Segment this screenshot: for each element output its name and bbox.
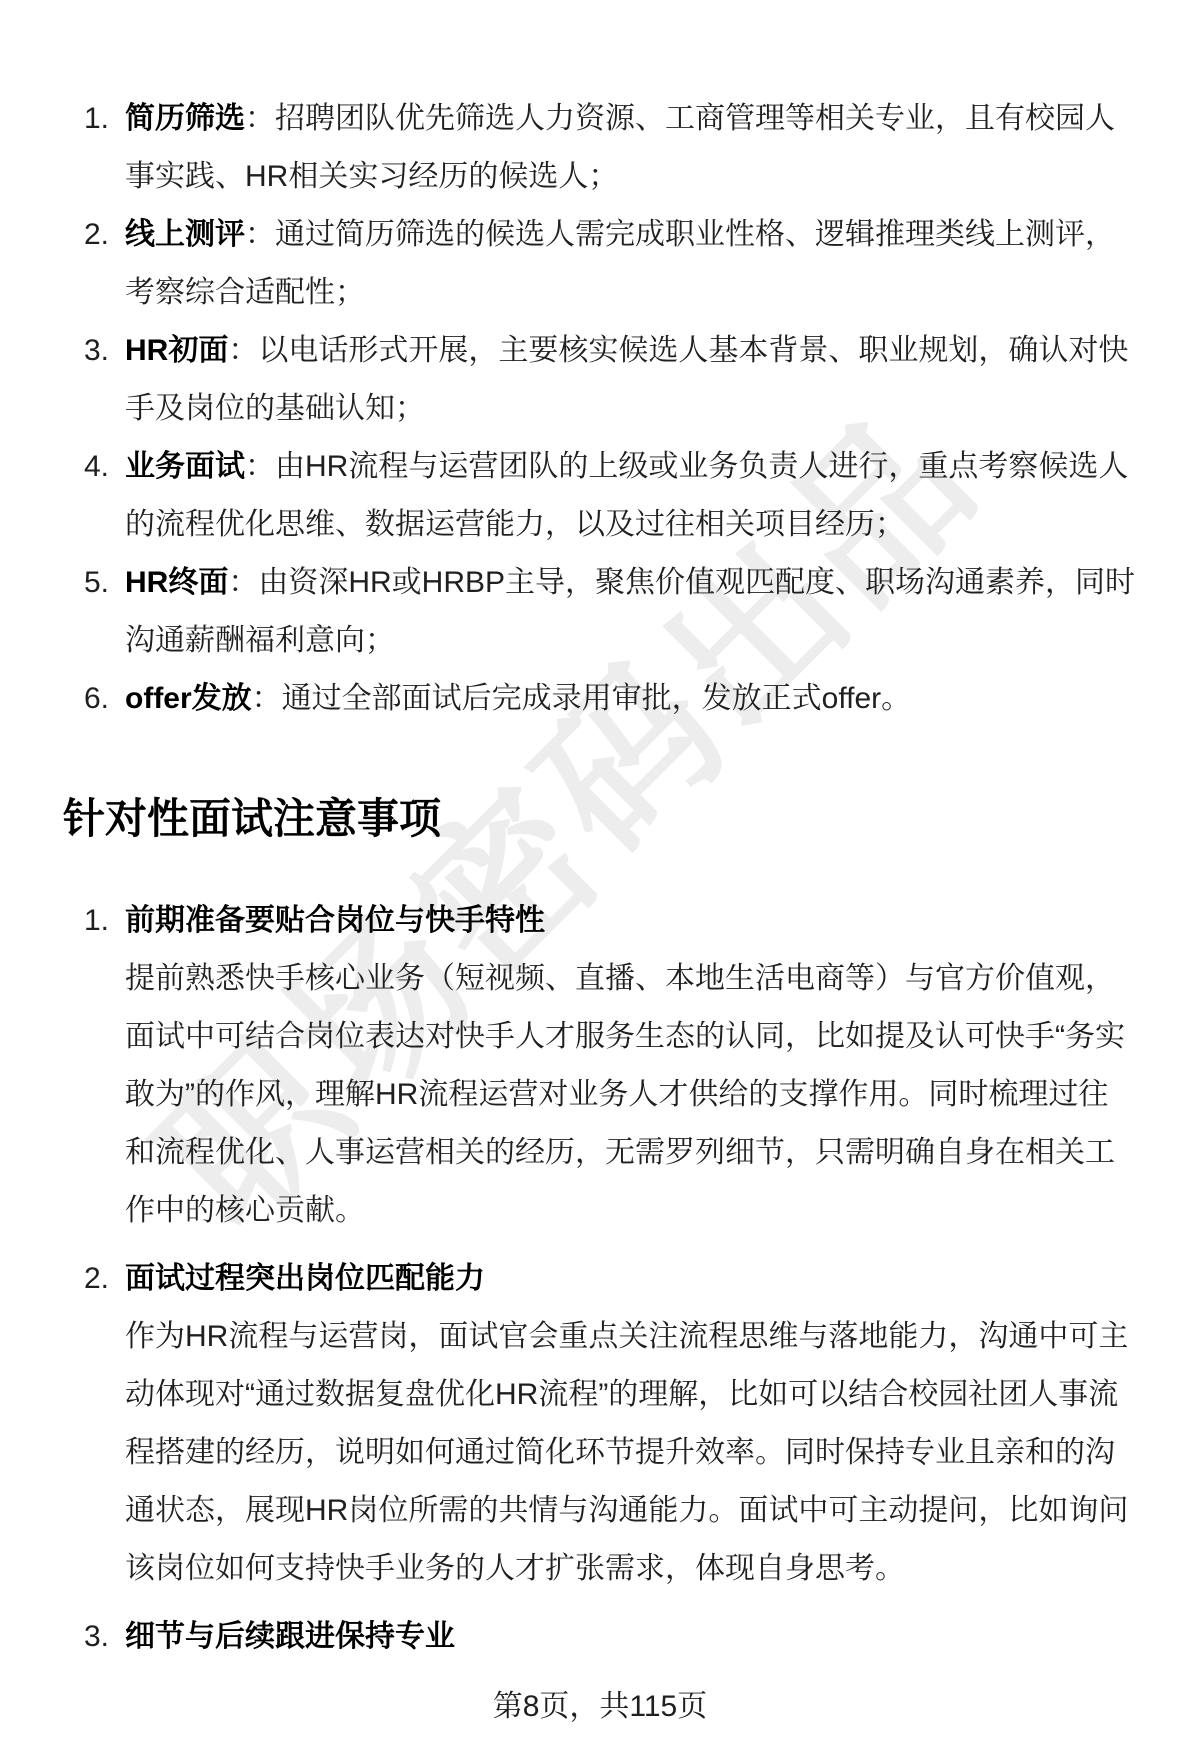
item-number: 3. bbox=[84, 1608, 109, 1666]
list-item: 3. 细节与后续跟进保持专业 bbox=[125, 1608, 1137, 1666]
note-title: 面试过程突出岗位匹配能力 bbox=[125, 1250, 1137, 1308]
item-colon: ： bbox=[245, 218, 275, 251]
note-title: 细节与后续跟进保持专业 bbox=[125, 1608, 1137, 1666]
list-item: 2.线上测评：通过简历筛选的候选人需完成职业性格、逻辑推理类线上测评，考察综合适… bbox=[125, 206, 1137, 322]
list-item: 6.offer发放：通过全部面试后完成录用审批，发放正式offer。 bbox=[125, 670, 1137, 728]
item-number: 5. bbox=[84, 554, 109, 612]
item-number: 4. bbox=[84, 438, 109, 496]
item-term: HR初面 bbox=[125, 334, 228, 367]
item-number: 2. bbox=[84, 1250, 109, 1308]
item-term: 线上测评 bbox=[125, 218, 245, 251]
list-item: 4.业务面试：由HR流程与运营团队的上级或业务负责人进行，重点考察候选人的流程优… bbox=[125, 438, 1137, 554]
document-page: 职场密码出品 1.简历筛选：招聘团队优先筛选人力资源、工商管理等相关专业，且有校… bbox=[0, 0, 1200, 1755]
item-term: 业务面试 bbox=[125, 450, 245, 483]
page-content: 1.简历筛选：招聘团队优先筛选人力资源、工商管理等相关专业，且有校园人事实践、H… bbox=[0, 0, 1200, 1666]
item-term: offer发放 bbox=[125, 682, 252, 715]
item-description: 由资深HR或HRBP主导，聚焦价值观匹配度、职场沟通素养，同时沟通薪酬福利意向； bbox=[125, 566, 1135, 657]
list-item: 1. 前期准备要贴合岗位与快手特性 提前熟悉快手核心业务（短视频、直播、本地生活… bbox=[125, 892, 1137, 1240]
section-heading: 针对性面试注意事项 bbox=[63, 790, 1200, 848]
item-description: 以电话形式开展，主要核实候选人基本背景、职业规划，确认对快手及岗位的基础认知； bbox=[125, 334, 1128, 425]
item-colon: ： bbox=[245, 450, 275, 483]
item-description: 通过全部面试后完成录用审批，发放正式offer。 bbox=[282, 682, 912, 715]
interview-notes-list: 1. 前期准备要贴合岗位与快手特性 提前熟悉快手核心业务（短视频、直播、本地生活… bbox=[0, 892, 1200, 1666]
note-body: 作为HR流程与运营岗，面试官会重点关注流程思维与落地能力，沟通中可主动体现对“通… bbox=[125, 1308, 1137, 1598]
item-colon: ： bbox=[252, 682, 282, 715]
item-number: 2. bbox=[84, 206, 109, 264]
note-body: 提前熟悉快手核心业务（短视频、直播、本地生活电商等）与官方价值观，面试中可结合岗… bbox=[125, 950, 1137, 1240]
item-description: 由HR流程与运营团队的上级或业务负责人进行，重点考察候选人的流程优化思维、数据运… bbox=[125, 450, 1128, 541]
note-title: 前期准备要贴合岗位与快手特性 bbox=[125, 892, 1137, 950]
item-number: 1. bbox=[84, 90, 109, 148]
interview-process-list: 1.简历筛选：招聘团队优先筛选人力资源、工商管理等相关专业，且有校园人事实践、H… bbox=[0, 0, 1200, 728]
item-number: 6. bbox=[84, 670, 109, 728]
item-colon: ： bbox=[245, 102, 275, 135]
item-term: HR终面 bbox=[125, 566, 228, 599]
item-colon: ： bbox=[228, 334, 258, 367]
page-footer: 第8页，共115页 bbox=[0, 1678, 1200, 1736]
item-colon: ： bbox=[228, 566, 258, 599]
item-term: 简历筛选 bbox=[125, 102, 245, 135]
item-number: 1. bbox=[84, 892, 109, 950]
list-item: 2. 面试过程突出岗位匹配能力 作为HR流程与运营岗，面试官会重点关注流程思维与… bbox=[125, 1250, 1137, 1598]
list-item: 3.HR初面：以电话形式开展，主要核实候选人基本背景、职业规划，确认对快手及岗位… bbox=[125, 322, 1137, 438]
item-number: 3. bbox=[84, 322, 109, 380]
list-item: 1.简历筛选：招聘团队优先筛选人力资源、工商管理等相关专业，且有校园人事实践、H… bbox=[125, 90, 1137, 206]
list-item: 5.HR终面：由资深HR或HRBP主导，聚焦价值观匹配度、职场沟通素养，同时沟通… bbox=[125, 554, 1137, 670]
